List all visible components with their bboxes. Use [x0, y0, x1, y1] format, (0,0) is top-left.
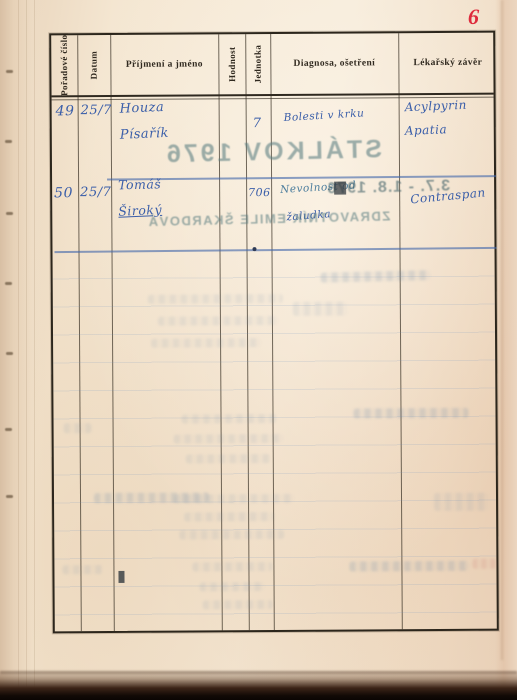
ink-dot [252, 247, 256, 251]
binding-stitch [6, 70, 13, 73]
bleedthrough-smudge [182, 414, 277, 424]
header-jednotka: Jednotka [245, 34, 270, 94]
binding-stitch [6, 495, 13, 498]
header-hodnost: Hodnost [218, 34, 245, 94]
bleedthrough-smudge [349, 561, 469, 572]
header-datum: Datum [77, 35, 110, 95]
bleedthrough-smudge [200, 582, 265, 591]
bleedthrough-smudge [179, 530, 284, 540]
entry-name-line1: Tomáš [118, 176, 161, 192]
entry-unit: 706 [248, 186, 271, 199]
entry-name-line1: Houza [119, 100, 164, 117]
binding-stitch [6, 212, 13, 215]
desk-shadow [0, 670, 517, 700]
bleedthrough-smudge [184, 512, 274, 522]
page-number: 6 [468, 4, 480, 30]
stamp-stalkov-1976: STÁLKOV 1976 [142, 135, 383, 170]
bleedthrough-smudge [64, 423, 92, 433]
binding-stitch [5, 140, 12, 143]
dark-ink-mark [118, 571, 124, 583]
entry-number: 49 [56, 103, 75, 119]
bleedthrough-smudge-red [472, 559, 496, 569]
header-poradove-cislo: Pořadové číslo [51, 35, 77, 95]
entry-number: 50 [54, 185, 73, 201]
binding-stitch [5, 428, 12, 431]
header-lekarsky-zaver: Lékařský závěr [398, 33, 497, 94]
bleedthrough-smudge [174, 434, 284, 444]
bleedthrough-smudge [353, 408, 468, 419]
bleedthrough-smudge [186, 454, 271, 464]
page-edge-line [18, 0, 19, 688]
entry-date: 25/7 [80, 185, 111, 200]
bleedthrough-smudge [158, 316, 278, 326]
bleedthrough-smudge [192, 562, 272, 571]
page-crease [501, 0, 503, 660]
bleedthrough-smudge [151, 338, 261, 348]
bleedthrough-smudge [434, 493, 489, 511]
header-prijmeni-jmeno: Příjmení a jméno [110, 34, 218, 95]
bleedthrough-smudge [293, 302, 348, 316]
entry-date: 25/7 [81, 103, 112, 118]
bleedthrough-smudge [62, 565, 102, 574]
stamp-medic-name: ZDRAVOTNÍK EMILE ŠKARDOVÁ [60, 208, 390, 231]
stamp-dark-mark [334, 182, 346, 195]
bleedthrough-smudge [174, 494, 294, 504]
binding-stitch [6, 352, 13, 355]
book-spine [0, 0, 46, 690]
bleedthrough-smudge [148, 294, 283, 304]
entry-diagnosis: Bolesti v krku [283, 107, 364, 124]
header-diagnosa: Diagnosa, ošetření [270, 33, 398, 94]
entry-conclusion-line2: Apatia [405, 122, 448, 138]
binding-stitch [5, 282, 12, 285]
entry-unit: 7 [253, 116, 262, 131]
patient-log-table: Pořadové číslo Datum Příjmení a jméno Ho… [49, 31, 499, 634]
bleedthrough-smudge [203, 600, 273, 609]
page-edge-line [34, 0, 35, 688]
entry-conclusion-line1: Acylpyrin [404, 98, 467, 115]
logbook-page: 6 Pořadové číslo Datum Příjmení a jméno … [0, 0, 517, 700]
page-edge-line [26, 0, 27, 688]
